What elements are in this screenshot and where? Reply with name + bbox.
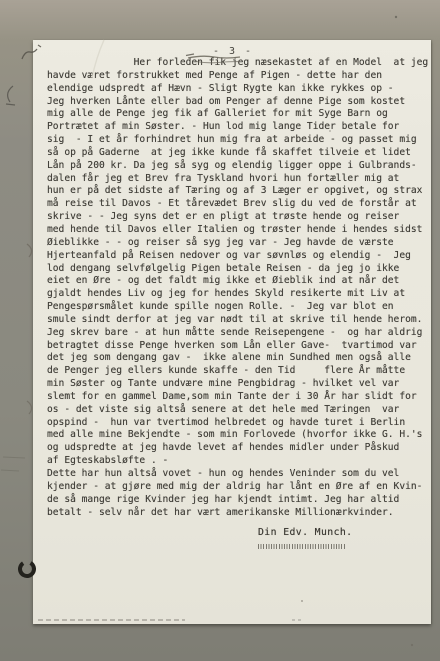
- letter-paper: - 3 - Her forleden fik jeg næsekastet af…: [33, 40, 431, 624]
- page-number: - 3 -: [193, 46, 273, 57]
- letter-body: Her forleden fik jeg næsekastet af en Mo…: [47, 57, 428, 519]
- signature: Din Edv. Munch.: [258, 527, 352, 538]
- archive-stamp: [258, 544, 346, 549]
- pencil-paren-mark: [6, 86, 15, 105]
- pencil-arc-mark-2: [27, 401, 32, 414]
- scanned-letter-page: - 3 - Her forleden fik jeg næsekastet af…: [0, 0, 440, 661]
- mat-dash-marks: [1, 457, 25, 471]
- pencil-arc-mark-1: [27, 244, 32, 257]
